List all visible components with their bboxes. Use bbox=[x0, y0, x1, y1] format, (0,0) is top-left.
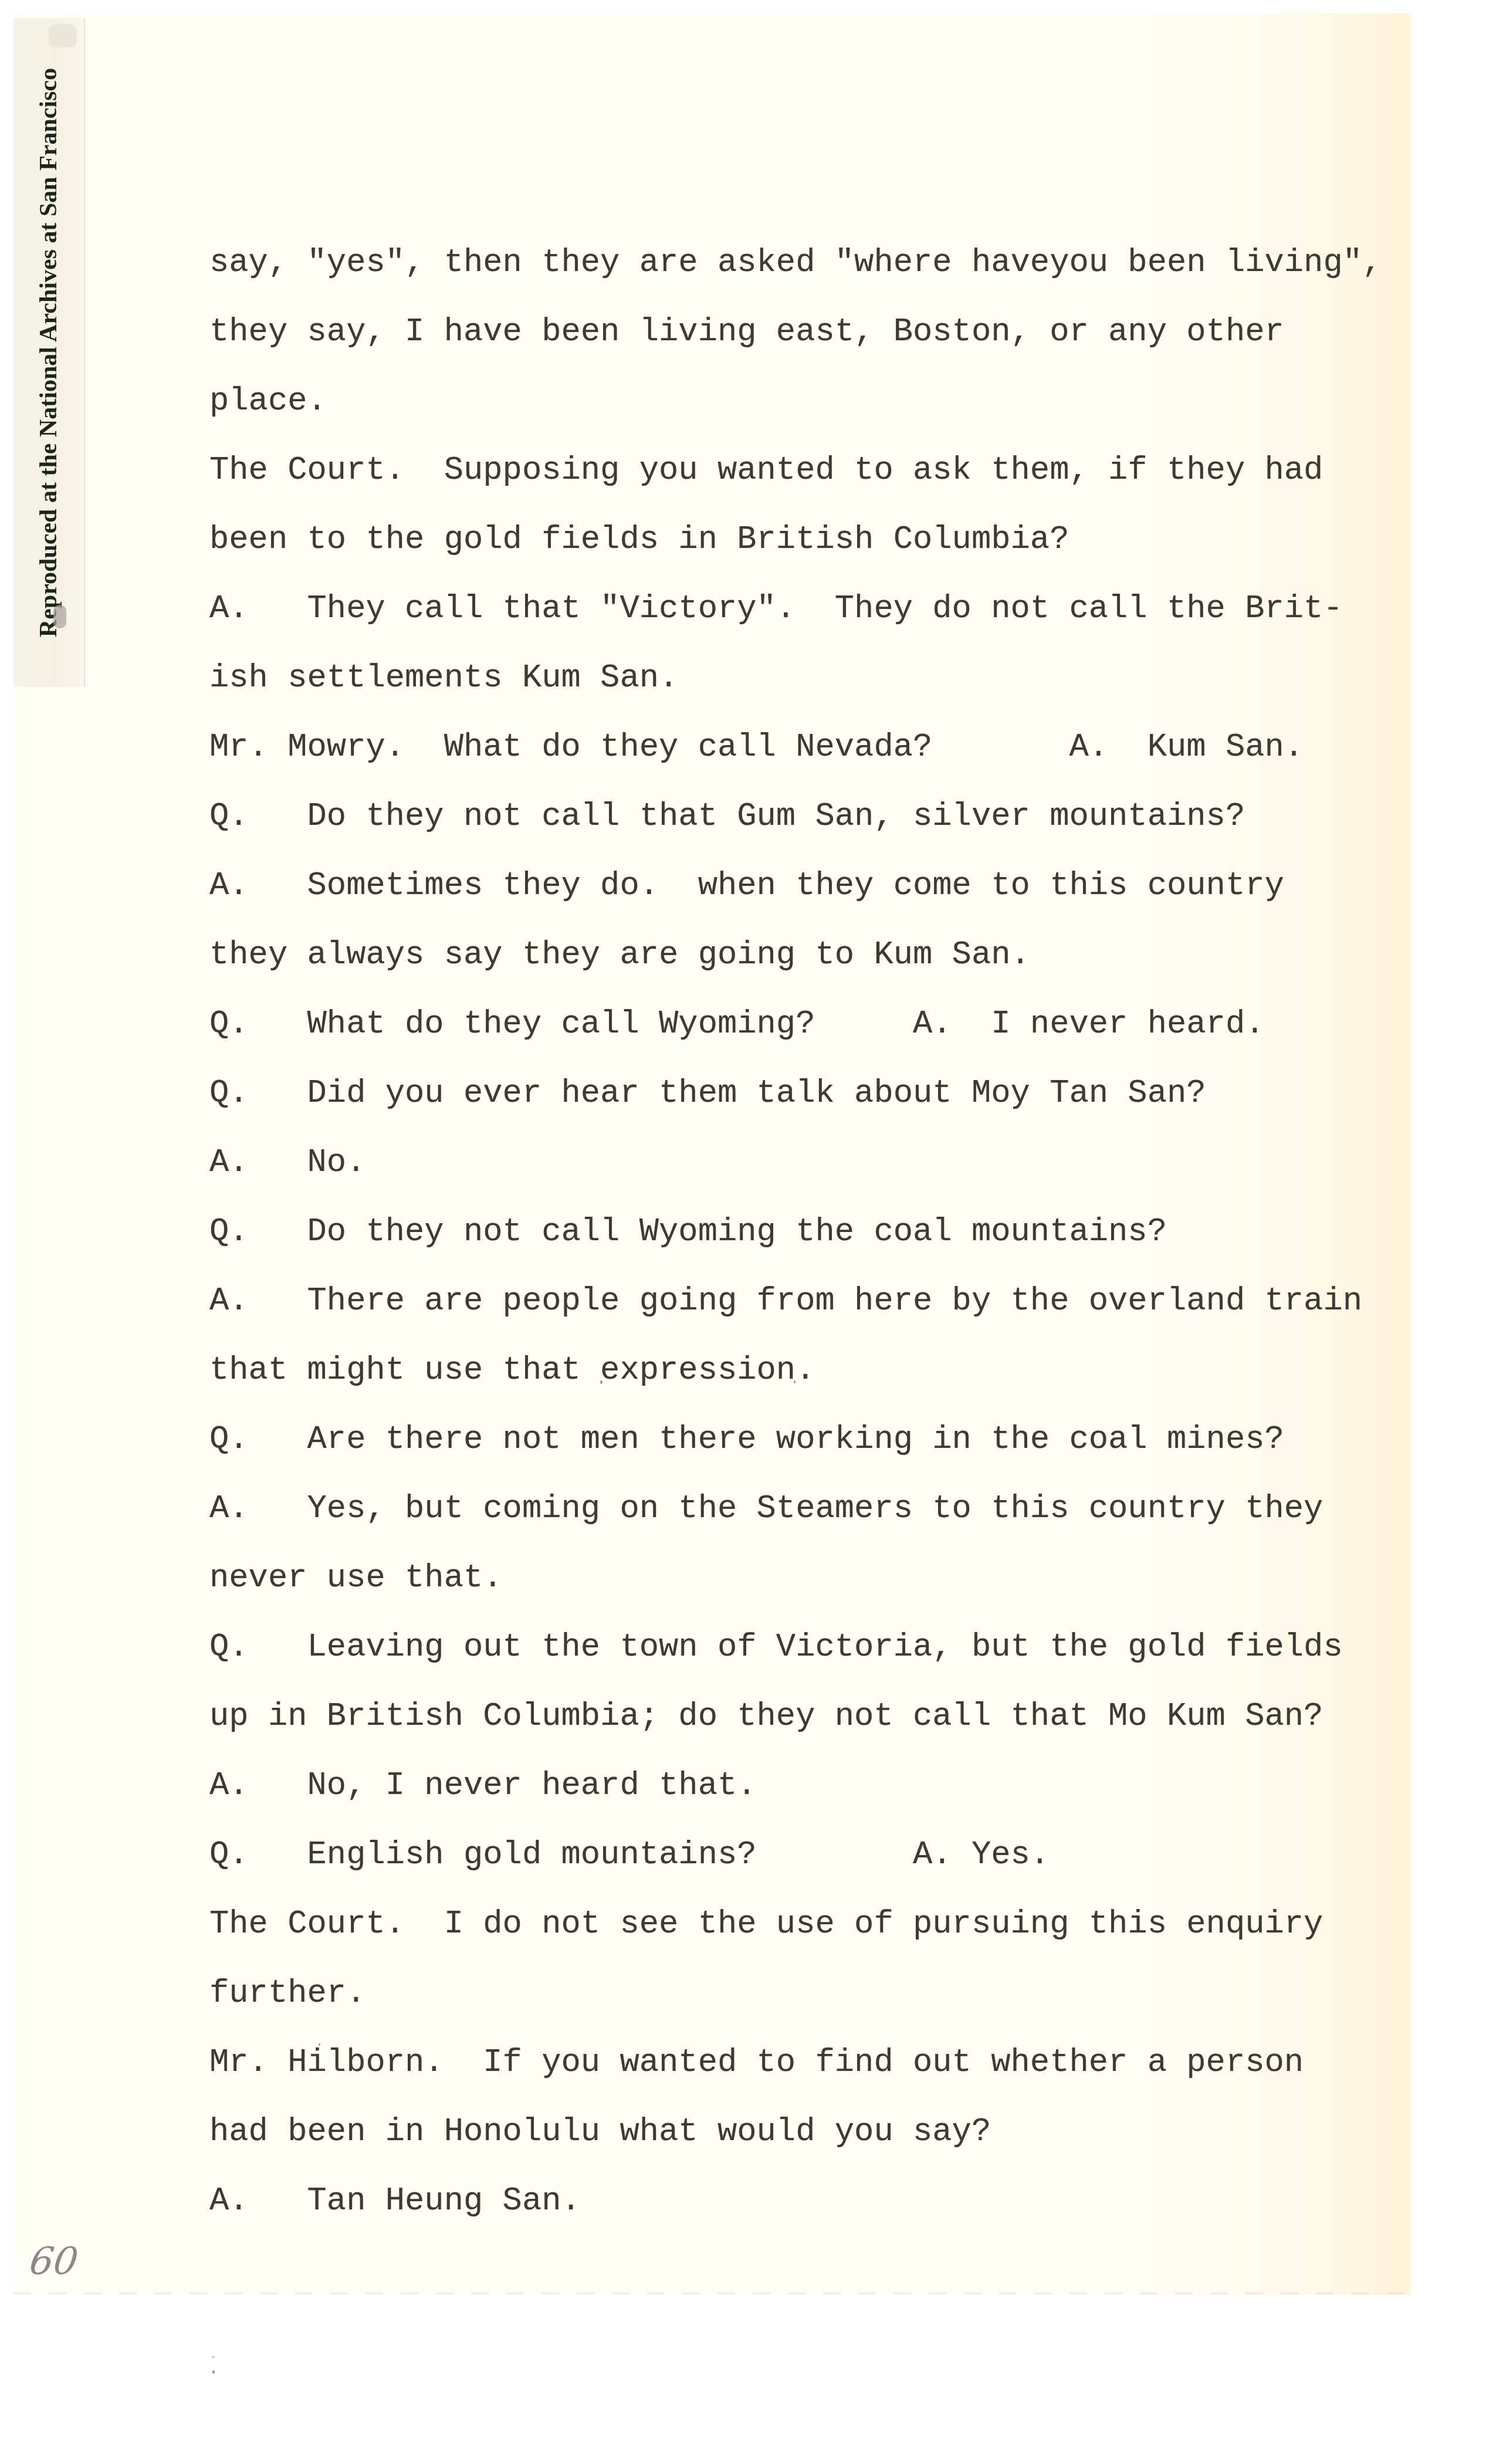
transcript-line: had been in Honolulu what would you say? bbox=[209, 2114, 991, 2150]
transcript-line: ish settlements Kum San. bbox=[209, 661, 678, 696]
handwritten-page-number: 60 bbox=[27, 2240, 81, 2283]
archive-stamp-strip: Reproduced at the National Archives at S… bbox=[13, 18, 85, 687]
transcript-line: up in British Columbia; do they not call… bbox=[209, 1699, 1323, 1734]
tape-mark-bottom bbox=[53, 605, 66, 628]
transcript-body: say, "yes", then they are asked "where h… bbox=[209, 13, 1412, 2295]
transcript-line: A. Sometimes they do. when they come to … bbox=[209, 868, 1284, 903]
transcript-line: they say, I have been living east, Bosto… bbox=[209, 314, 1284, 350]
transcript-line: A. Tan Heung San. bbox=[209, 2184, 581, 2219]
archive-label: Reproduced at the National Archives at S… bbox=[35, 68, 63, 637]
transcript-line: A. Yes, but coming on the Steamers to th… bbox=[209, 1491, 1323, 1527]
transcript-line: Q. Do they not call that Gum San, silver… bbox=[209, 799, 1245, 834]
transcript-line: Q. Do they not call Wyoming the coal mou… bbox=[209, 1214, 1167, 1250]
transcript-line: Q. What do they call Wyoming? A. I never… bbox=[209, 1007, 1265, 1042]
transcript-line: Mr. Hilborn. If you wanted to find out w… bbox=[209, 2045, 1304, 2080]
page-bottom-edge bbox=[13, 2292, 1411, 2294]
transcript-line: The Court. I do not see the use of pursu… bbox=[209, 1907, 1323, 1942]
transcript-line: they always say they are going to Kum Sa… bbox=[209, 937, 1030, 973]
transcript-line: Mr. Mowry. What do they call Nevada? A. … bbox=[209, 730, 1304, 765]
transcript-line: Q. English gold mountains? A. Yes. bbox=[209, 1837, 1050, 1873]
transcript-line: that might use that expression. bbox=[209, 1353, 815, 1388]
transcript-line: Q. Are there not men there working in th… bbox=[209, 1422, 1284, 1457]
transcript-line: never use that. bbox=[209, 1561, 503, 1596]
ink-speck bbox=[600, 1380, 603, 1384]
transcript-line: Q. Did you ever hear them talk about Moy… bbox=[209, 1076, 1206, 1111]
transcript-line: been to the gold fields in British Colum… bbox=[209, 522, 1069, 557]
stray-speck bbox=[212, 2356, 214, 2358]
transcript-line: A. They call that "Victory". They do not… bbox=[209, 591, 1343, 627]
transcript-line: Q. Leaving out the town of Victoria, but… bbox=[209, 1630, 1343, 1665]
transcript-line: place. bbox=[209, 384, 327, 419]
ink-speck bbox=[794, 1380, 796, 1383]
tape-mark-top bbox=[49, 24, 77, 48]
stray-speck bbox=[212, 2370, 215, 2374]
transcript-line: A. No. bbox=[209, 1145, 365, 1180]
transcript-line: A. No, I never heard that. bbox=[209, 1768, 757, 1803]
transcript-line: say, "yes", then they are asked "where h… bbox=[209, 245, 1382, 280]
transcript-line: The Court. Supposing you wanted to ask t… bbox=[209, 453, 1323, 488]
transcript-line: A. There are people going from here by t… bbox=[209, 1284, 1362, 1319]
transcript-line: further. bbox=[209, 1976, 365, 2011]
ink-speck bbox=[319, 2043, 320, 2046]
document-page: Reproduced at the National Archives at S… bbox=[13, 13, 1411, 2295]
